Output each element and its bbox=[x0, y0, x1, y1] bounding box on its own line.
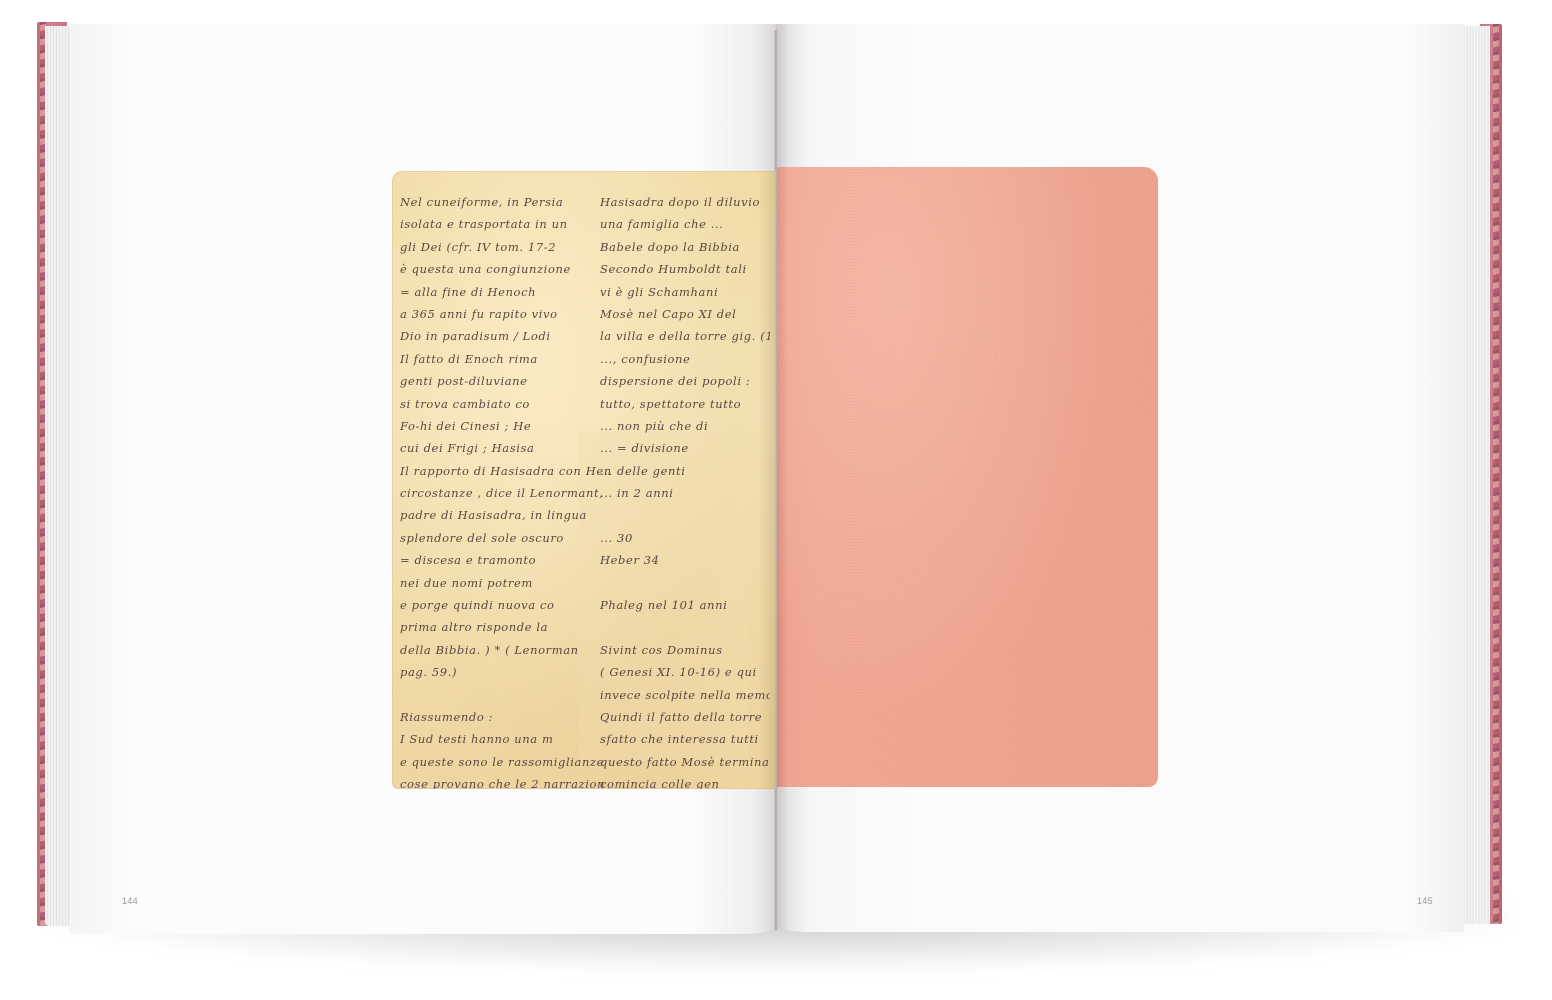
manuscript-line: splendore del sole oscuro bbox=[400, 527, 610, 549]
manuscript-line: e queste sono le rassomiglianze bbox=[400, 751, 610, 773]
manuscript-line: Quindi il fatto della torre bbox=[600, 706, 770, 728]
manuscript-line: ( Genesi XI. 10-16) e qui bbox=[600, 661, 770, 683]
manuscript-line: ... 30 bbox=[600, 527, 770, 549]
manuscript-line: pag. 59.) bbox=[400, 661, 610, 683]
manuscript-line: gli Dei (cfr. IV tom. 17-2 bbox=[400, 236, 610, 258]
manuscript-column-right: Hasisadra dopo il diluviouna famiglia ch… bbox=[600, 191, 770, 789]
manuscript-line: e porge quindi nuova co bbox=[400, 594, 610, 616]
manuscript-line: ... non più che di bbox=[600, 415, 770, 437]
manuscript-line: vi è gli Schamhani bbox=[600, 281, 770, 303]
manuscript-line: questo fatto Mosè termina bbox=[600, 751, 770, 773]
manuscript-line: è questa una congiunzione bbox=[400, 258, 610, 280]
manuscript-line: Secondo Humboldt tali bbox=[600, 258, 770, 280]
manuscript-line: Sivint cos Dominus bbox=[600, 639, 770, 661]
manuscript-line: ..., confusione bbox=[600, 348, 770, 370]
manuscript-line: ... in 2 anni bbox=[600, 482, 770, 504]
handwritten-manuscript: Nel cuneiforme, in Persiaisolata e trasp… bbox=[392, 171, 776, 789]
manuscript-line: Heber 34 bbox=[600, 549, 770, 571]
page-number-left: 144 bbox=[122, 896, 138, 906]
manuscript-line: ... = divisione bbox=[600, 437, 770, 459]
manuscript-column-left: Nel cuneiforme, in Persiaisolata e trasp… bbox=[400, 191, 610, 789]
manuscript-line: comincia colle gen bbox=[600, 773, 770, 789]
manuscript-line: a 365 anni fu rapito vivo bbox=[400, 303, 610, 325]
manuscript-line bbox=[600, 572, 770, 594]
manuscript-line: = alla fine di Henoch bbox=[400, 281, 610, 303]
manuscript-line: cui dei Frigi ; Hasisa bbox=[400, 437, 610, 459]
manuscript-line: Riassumendo : bbox=[400, 706, 610, 728]
manuscript-line: Phaleg nel 101 anni bbox=[600, 594, 770, 616]
manuscript-line bbox=[600, 616, 770, 638]
manuscript-line: Dio in paradisum / Lodi bbox=[400, 325, 610, 347]
manuscript-line: I Sud testi hanno una m bbox=[400, 728, 610, 750]
manuscript-line: dispersione dei popoli : bbox=[600, 370, 770, 392]
manuscript-line: una famiglia che ... bbox=[600, 213, 770, 235]
manuscript-line: Babele dopo la Bibbia bbox=[600, 236, 770, 258]
manuscript-line: della Bibbia. ) * ( Lenorman bbox=[400, 639, 610, 661]
manuscript-line: Hasisadra dopo il diluvio bbox=[600, 191, 770, 213]
manuscript-line: tutto, spettatore tutto bbox=[600, 393, 770, 415]
book-spread: Nel cuneiforme, in Persiaisolata e trasp… bbox=[0, 0, 1552, 1000]
manuscript-line: = discesa e tramonto bbox=[400, 549, 610, 571]
manuscript-line: Il fatto di Enoch rima bbox=[400, 348, 610, 370]
manuscript-line: sfatto che interessa tutti bbox=[600, 728, 770, 750]
manuscript-line: padre di Hasisadra, in lingua bbox=[400, 504, 610, 526]
page-stack-right bbox=[1460, 26, 1490, 924]
manuscript-line bbox=[600, 504, 770, 526]
manuscript-line: Nel cuneiforme, in Persia bbox=[400, 191, 610, 213]
manuscript-line: ... delle genti bbox=[600, 460, 770, 482]
marbled-edge bbox=[1493, 24, 1499, 924]
manuscript-line: isolata e trasportata in un bbox=[400, 213, 610, 235]
pink-paper-sheet bbox=[777, 167, 1158, 787]
manuscript-line: si trova cambiato co bbox=[400, 393, 610, 415]
manuscript-line: nei due nomi potrem bbox=[400, 572, 610, 594]
manuscript-line: Fo-hi dei Cinesi ; He bbox=[400, 415, 610, 437]
manuscript-line: Mosè nel Capo XI del bbox=[600, 303, 770, 325]
manuscript-line: circostanze , dice il Lenormant, bbox=[400, 482, 610, 504]
manuscript-line: prima altro risponde la bbox=[400, 616, 610, 638]
manuscript-line: cose provano che le 2 narrazion bbox=[400, 773, 610, 789]
manuscript-line: la villa e della torre gig. (11. 5) bbox=[600, 325, 770, 347]
manuscript-line bbox=[400, 684, 610, 706]
manuscript-line: invece scolpite nella memoria bbox=[600, 684, 770, 706]
manuscript-line: genti post-diluviane bbox=[400, 370, 610, 392]
manuscript-line: Il rapporto di Hasisadra con Henoch bbox=[400, 460, 610, 482]
page-number-right: 145 bbox=[1417, 896, 1433, 906]
